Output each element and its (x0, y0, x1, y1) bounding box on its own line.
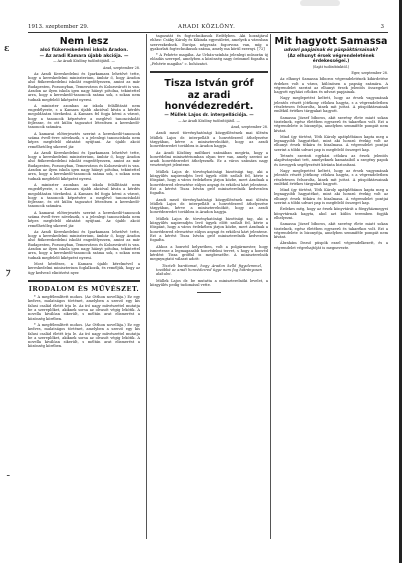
article-end-rule (197, 292, 221, 293)
article-byline: — Az Aradi Közlöny tudósítójától. — (28, 59, 140, 64)
article-paragraph: Az elhunyt Samassa bíboros végrendeletén… (274, 77, 388, 94)
masthead: ARADI KÖZLÖNY. (178, 24, 235, 30)
article-paragraph: Samassa József bíboros, akit szerény éle… (274, 222, 388, 239)
article-paragraph: Samassa József bíboros, akit szerény éle… (274, 116, 388, 133)
article-paragraph: Az Aradi Kereskedelmi és Iparkamara lehe… (28, 72, 140, 102)
article-paragraph: A kamarai előterjesztés szerint a keresk… (28, 211, 140, 228)
article-paragraph: Nagy meglepetést keltett, hogy az érsek … (274, 96, 388, 113)
section-divider (150, 71, 268, 73)
article-paragraph: Müllek Lajos dr. be mutatta a minisztere… (150, 279, 268, 288)
page-number: 3 (381, 24, 385, 30)
section-divider (28, 280, 140, 282)
article-paragraph: Az Aradi Közlöny múltkori számában megír… (150, 151, 268, 168)
margin-mark: ɛ (4, 44, 9, 54)
article-paragraph: Az Aradi Kereskedelmi és Iparkamara lehe… (28, 230, 140, 260)
article-paragraph: * A megfélemlített mohos. (Az Otthon nov… (28, 295, 140, 321)
article-paragraph: A kamarai előterjesztés szerint a keresk… (28, 132, 140, 149)
margin-mark: ﾌ (6, 266, 11, 279)
article-headline: Mit hagyott Samassa (274, 36, 388, 47)
newspaper-page: ɛ ﾌ ˉ 1913. szeptember 29. ARADI KÖZLÖNY… (0, 0, 404, 563)
article-quote: Tisztelt barátomat, hogy Aradon kellő fi… (156, 264, 262, 277)
article-paragraph: A miniszter azonban az iskola felállítás… (28, 104, 140, 130)
issue-date: 1913. szeptember 29. (28, 24, 89, 30)
article-paragraph: * A Fehérte magába. Az Urbán-színház jel… (150, 53, 268, 66)
article-paragraph: Mind így történt, Tóth Károly apátplébán… (274, 135, 388, 152)
article-subheadline: udvari papjainak és püspöktársainak? (274, 48, 388, 54)
article-byline: (Saját tudósítónktól.) (274, 65, 388, 70)
article-paragraph: Tetszés szerinti egyházi célokra az érse… (274, 154, 388, 167)
column-2: tagozatát és fogtechnikusok Erdélyben. A… (146, 34, 268, 539)
article-subheadline: — Müllek Lajos dr. interpellációja. — (150, 113, 268, 119)
page-header: 1913. szeptember 29. ARADI KÖZLÖNY. 3 (28, 23, 388, 33)
article-dateline: Eger, szeptember 28. (274, 71, 388, 75)
article-paragraph: Aradi mező törvényhatósági közgyűlésének… (150, 198, 268, 215)
column-1: Nem lesz alsó fiúkereskedelmi iskola Ara… (28, 34, 140, 539)
article-paragraph: Müllek Lajos dr. törvényhatósági bizotts… (150, 217, 268, 243)
page-edge-shadow (399, 0, 402, 563)
article-paragraph: A miniszter azonban az iskola felállítás… (28, 183, 140, 209)
article-paragraph: Ahhoz a honvéd helyzetben, volt a polgár… (150, 245, 268, 262)
article-headline: Tisza István gróf (150, 78, 268, 89)
margin-mark: ˉ (6, 475, 11, 485)
article-headline: az aradi honvédezredért. (150, 90, 268, 112)
article-paragraph: Mind így történt, Tóth Károly apátplébán… (274, 188, 388, 205)
article-paragraph: Müllek Lajos dr. törvényhatósági bizotts… (150, 170, 268, 196)
article-paragraph: Aradi mező törvényhatósági közgyűlésének… (150, 131, 268, 148)
column-3: Mit hagyott Samassa udvari papjainak és … (270, 34, 388, 539)
article-paragraph: Ábrahám Dezső püspök ezzel végrendelkeze… (274, 241, 388, 250)
article-byline: — Az Aradi Közlöny tudósítójától. — (150, 119, 268, 124)
article-paragraph: Nagy meglepetést keltett, hogy az érsek … (274, 169, 388, 186)
article-paragraph: Érdekes még, hogy az érsek könyvtárát a … (274, 207, 388, 220)
article-headline: Nem lesz (28, 36, 140, 47)
section-title: IRODALOM ÉS MŰVÉSZET. (28, 287, 140, 291)
article-subheadline: alsó fiúkereskedelmi iskola Aradon. (28, 48, 140, 54)
article-subheadline: (Az elhunyt érsek végrendeletének érdeke… (274, 54, 388, 65)
article-paragraph: Az Aradi Kereskedelmi és Iparkamara lehe… (28, 151, 140, 181)
article-paragraph: Most kérdéses, a Kamara újabb kérelmével… (28, 262, 140, 275)
article-dateline: Arad, szeptember 28. (150, 125, 268, 129)
article-paragraph: * A megfélemlített mohos. (Az Otthon nov… (28, 323, 140, 349)
scan-smudge (300, 0, 340, 6)
article-paragraph: tagozatát és fogtechnikusok Erdélyben. A… (150, 34, 268, 51)
article-dateline: Arad, szeptember 28. (28, 66, 140, 70)
